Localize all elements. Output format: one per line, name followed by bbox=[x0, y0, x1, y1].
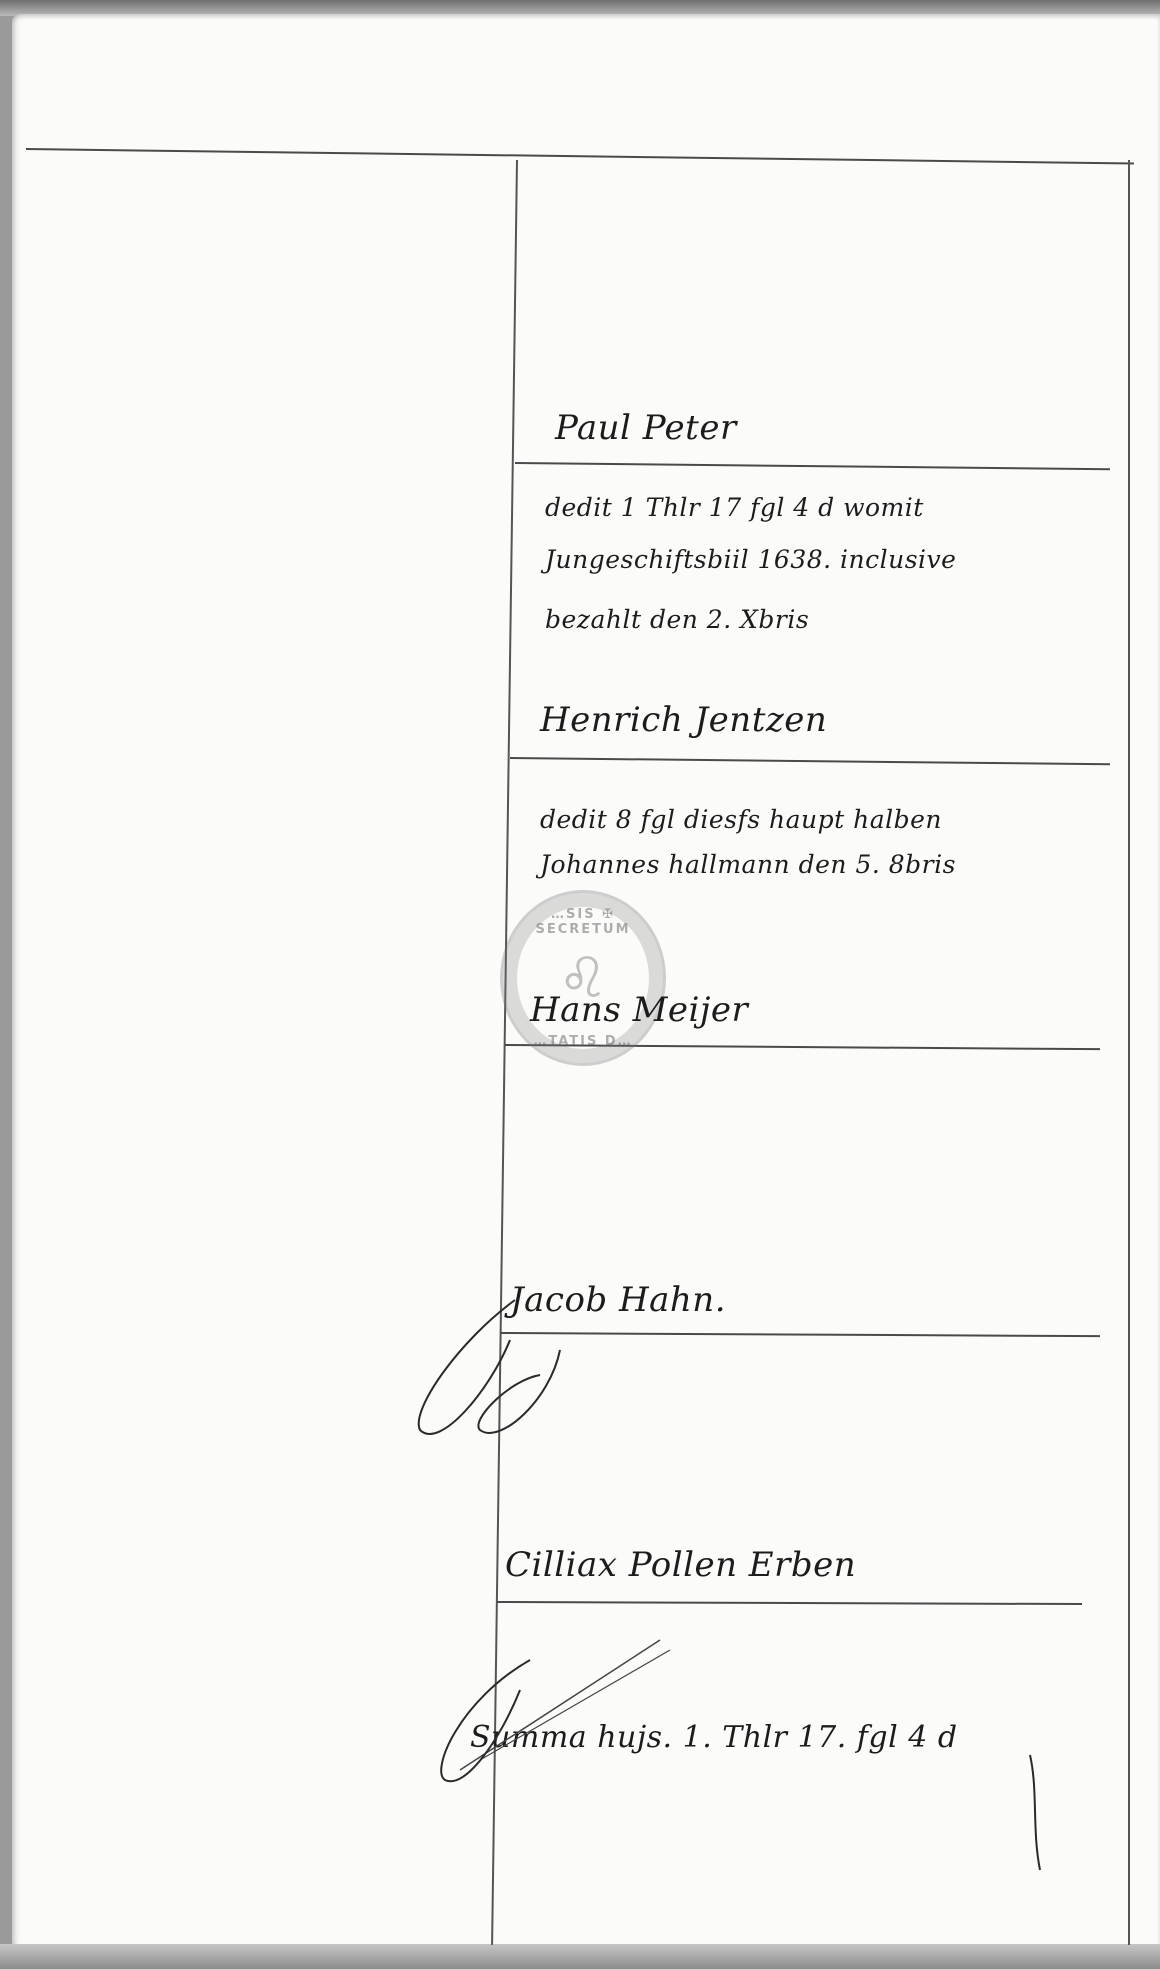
seal-top-text: …SIS ✠ SECRETUM bbox=[503, 907, 663, 937]
entry-name: Hans Meijer bbox=[530, 990, 748, 1030]
right-border bbox=[1128, 160, 1130, 1945]
entry-note-line: Jungeschiftsbiil 1638. inclusive bbox=[545, 540, 956, 580]
university-seal: …SIS ✠ SECRETUM ♌ …TATIS D… bbox=[500, 890, 666, 1066]
entry-name: Henrich Jentzen bbox=[540, 700, 827, 740]
entry-name: Jacob Hahn. bbox=[510, 1280, 726, 1320]
seal-bottom-text: …TATIS D… bbox=[503, 1034, 663, 1049]
entry-note-line: Johannes hallmann den 5. 8bris bbox=[540, 845, 956, 885]
entry-name: Cilliax Pollen Erben bbox=[505, 1545, 856, 1585]
ledger-total: Summa hujs. 1. Thlr 17. fgl 4 d bbox=[470, 1720, 958, 1755]
entry-note-line: dedit 8 fgl diesfs haupt halben bbox=[540, 800, 942, 840]
entry-name: Paul Peter bbox=[555, 408, 737, 448]
scan-bottom-edge bbox=[0, 1944, 1160, 1969]
entry-note-line: dedit 1 Thlr 17 fgl 4 d womit bbox=[545, 488, 924, 528]
entry-note-line: bezahlt den 2. Xbris bbox=[545, 600, 809, 640]
